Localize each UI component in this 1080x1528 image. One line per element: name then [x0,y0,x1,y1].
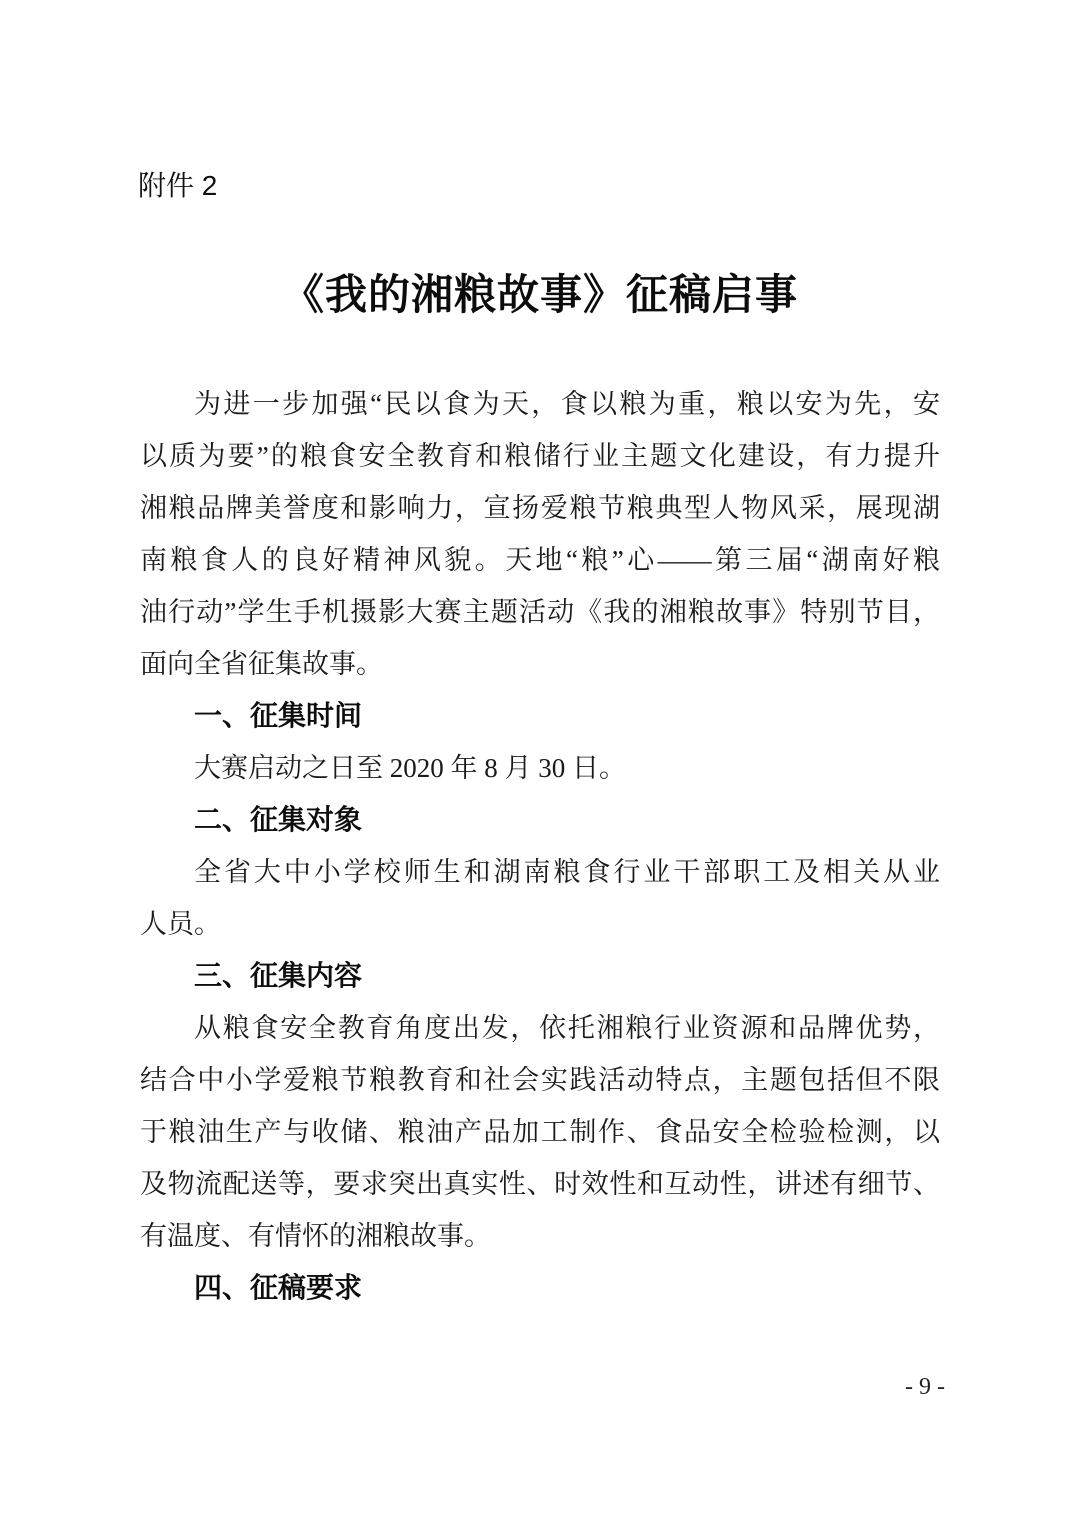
body-line: 油行动”学生手机摄影大赛主题活动《我的湘粮故事》特别节目， [140,586,940,638]
section-heading: 三、征集内容 [140,950,940,1002]
body-line: 人员。 [140,898,940,950]
body-line: 为进一步加强“民以食为天，食以粮为重，粮以安为先，安 [140,378,940,430]
page-title: 《我的湘粮故事》征稿启事 [0,268,1080,324]
body-line: 从粮食安全教育角度出发，依托湘粮行业资源和品牌优势， [140,1002,940,1054]
section-heading: 四、征稿要求 [140,1262,940,1314]
body-line: 湘粮品牌美誉度和影响力，宣扬爱粮节粮典型人物风采，展现湖 [140,482,940,534]
attachment-label: 附件 2 [138,168,217,204]
body-line: 及物流配送等，要求突出真实性、时效性和互动性，讲述有细节、 [140,1158,940,1210]
body-line: 结合中小学爱粮节粮教育和社会实践活动特点，主题包括但不限 [140,1054,940,1106]
body-line: 面向全省征集故事。 [140,638,940,690]
body-line: 大赛启动之日至 2020 年 8 月 30 日。 [140,742,940,794]
document-page: 附件 2 《我的湘粮故事》征稿启事 为进一步加强“民以食为天，食以粮为重，粮以安… [0,0,1080,1528]
body-line: 有温度、有情怀的湘粮故事。 [140,1210,940,1262]
page-number: - 9 - [905,1372,945,1402]
body-line: 于粮油生产与收储、粮油产品加工制作、食品安全检验检测，以 [140,1106,940,1158]
document-body: 为进一步加强“民以食为天，食以粮为重，粮以安为先，安 以质为要”的粮食安全教育和… [140,378,940,1314]
section-heading: 一、征集时间 [140,690,940,742]
body-line: 以质为要”的粮食安全教育和粮储行业主题文化建设，有力提升 [140,430,940,482]
body-line: 全省大中小学校师生和湖南粮食行业干部职工及相关从业 [140,846,940,898]
body-line: 南粮食人的良好精神风貌。天地“粮”心——第三届“湖南好粮 [140,534,940,586]
section-heading: 二、征集对象 [140,794,940,846]
